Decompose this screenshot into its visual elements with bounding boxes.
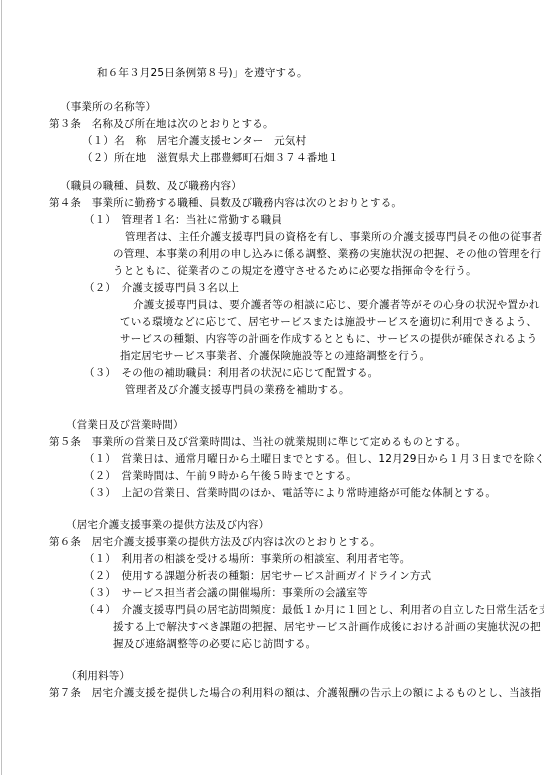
article4-item-2-body: 介護支援専門員は、要介護者等の相談に応じ、要介護者等がその心身の状況や置かれ [133, 298, 540, 312]
article4-heading: （職員の職種、員数、及び職務内容） [60, 179, 242, 193]
article5-title: 第５条 事業所の営業日及び営業時間は、当社の就業規則に準じて定めるものとする。 [49, 435, 466, 449]
article4-item-2-label: （２） 介護支援専門員３名以上 [84, 281, 239, 295]
continuation-line: 和６年３月25日条例第８号)」を遵守する。 [97, 66, 308, 80]
article3-item-1: （１）名 称 居宅介護支援センター 元気村 [82, 134, 306, 148]
article6-item-2: （２） 使用する課題分析表の種類：居宅サービス計画ガイドライン方式 [84, 569, 431, 583]
article4-item-1-body: 管理者は、主任介護支援専門員の資格を有し、事業所の介護支援専門員その他の従事者 [125, 230, 542, 244]
article5-heading: （営業日及び営業時間） [66, 418, 184, 432]
article4-item-2-body: ている環境などに応じて、居宅サービスまたは施設サービスを適切に利用できるよう、 [120, 315, 537, 329]
article7-heading: （利用料等） [66, 669, 130, 683]
article7-title: 第７条 居宅介護支援を提供した場合の利用料の額は、介護報酬の告示上の額によるもの… [49, 686, 541, 700]
article5-item-2: （２） 営業時間は、午前９時から午後５時までとする。 [84, 469, 357, 483]
article4-item-2-body: 指定居宅サービス事業者、介護保険施設等との連絡調整を行う。 [120, 349, 430, 363]
article3-title: 第３条 名称及び所在地は次のとおりとする。 [49, 117, 274, 131]
article5-item-1: （１） 営業日は、通常月曜日から土曜日までとする。但し、12月29日から１月３日… [84, 452, 544, 466]
article6-item-4: （４） 介護支援専門員の居宅訪問頻度：最低１か月に１回とし、利用者の自立した日常… [84, 603, 544, 617]
article4-title: 第４条 事業所に勤務する職種、員数及び職務内容は次のとおりとする。 [49, 196, 402, 210]
article5-item-3: （３） 上記の営業日、営業時間のほか、電話等により常時連絡が可能な体制とする。 [84, 486, 496, 500]
article6-item-1: （１） 利用者の相談を受ける場所：事業所の相談室、利用者宅等。 [84, 552, 410, 566]
article4-item-1-body: うとともに、従業者のこの規定を遵守させるために必要な指揮命令を行う。 [113, 264, 477, 278]
article4-item-3-label: （３） その他の補助職員：利用者の状況に応じて配置する。 [84, 366, 378, 380]
article4-item-1-label: （１） 管理者１名：当社に常勤する職員 [84, 213, 282, 227]
article4-item-2-body: サービスの種類、内容等の計画を作成するとともに、サービスの提供が確保されるよう [120, 332, 537, 346]
article3-heading: （事業所の名称等） [60, 100, 156, 114]
article4-item-3-body: 管理者及び介護支援専門員の業務を補助する。 [125, 383, 350, 397]
article3-item-2: （２）所在地 滋賀県犬上郡豊郷町石畑３７４番地１ [82, 151, 339, 165]
article6-item-4-cont: 援する上で解決すべき課題の把握、居宅サービス計画作成後における計画の実施状況の把 [113, 620, 541, 634]
article6-heading: （居宅介護支援事業の提供方法及び内容） [66, 518, 269, 532]
article6-item-4-cont: 握及び連絡調整等の必要に応じ訪問する。 [113, 637, 316, 651]
article4-item-1-body: の管理、本事業の利用の申し込みに係る調整、業務の実施状況の把握、その他の管理を行 [113, 247, 541, 261]
document-page: 和６年３月25日条例第８号)」を遵守する。 （事業所の名称等） 第３条 名称及び… [0, 0, 544, 775]
article6-title: 第６条 居宅介護支援事業の提供方法及び内容は次のとおりとする。 [49, 535, 381, 549]
article6-item-3: （３） サービス担当者会議の開催場所：事業所の会議室等 [84, 586, 368, 600]
